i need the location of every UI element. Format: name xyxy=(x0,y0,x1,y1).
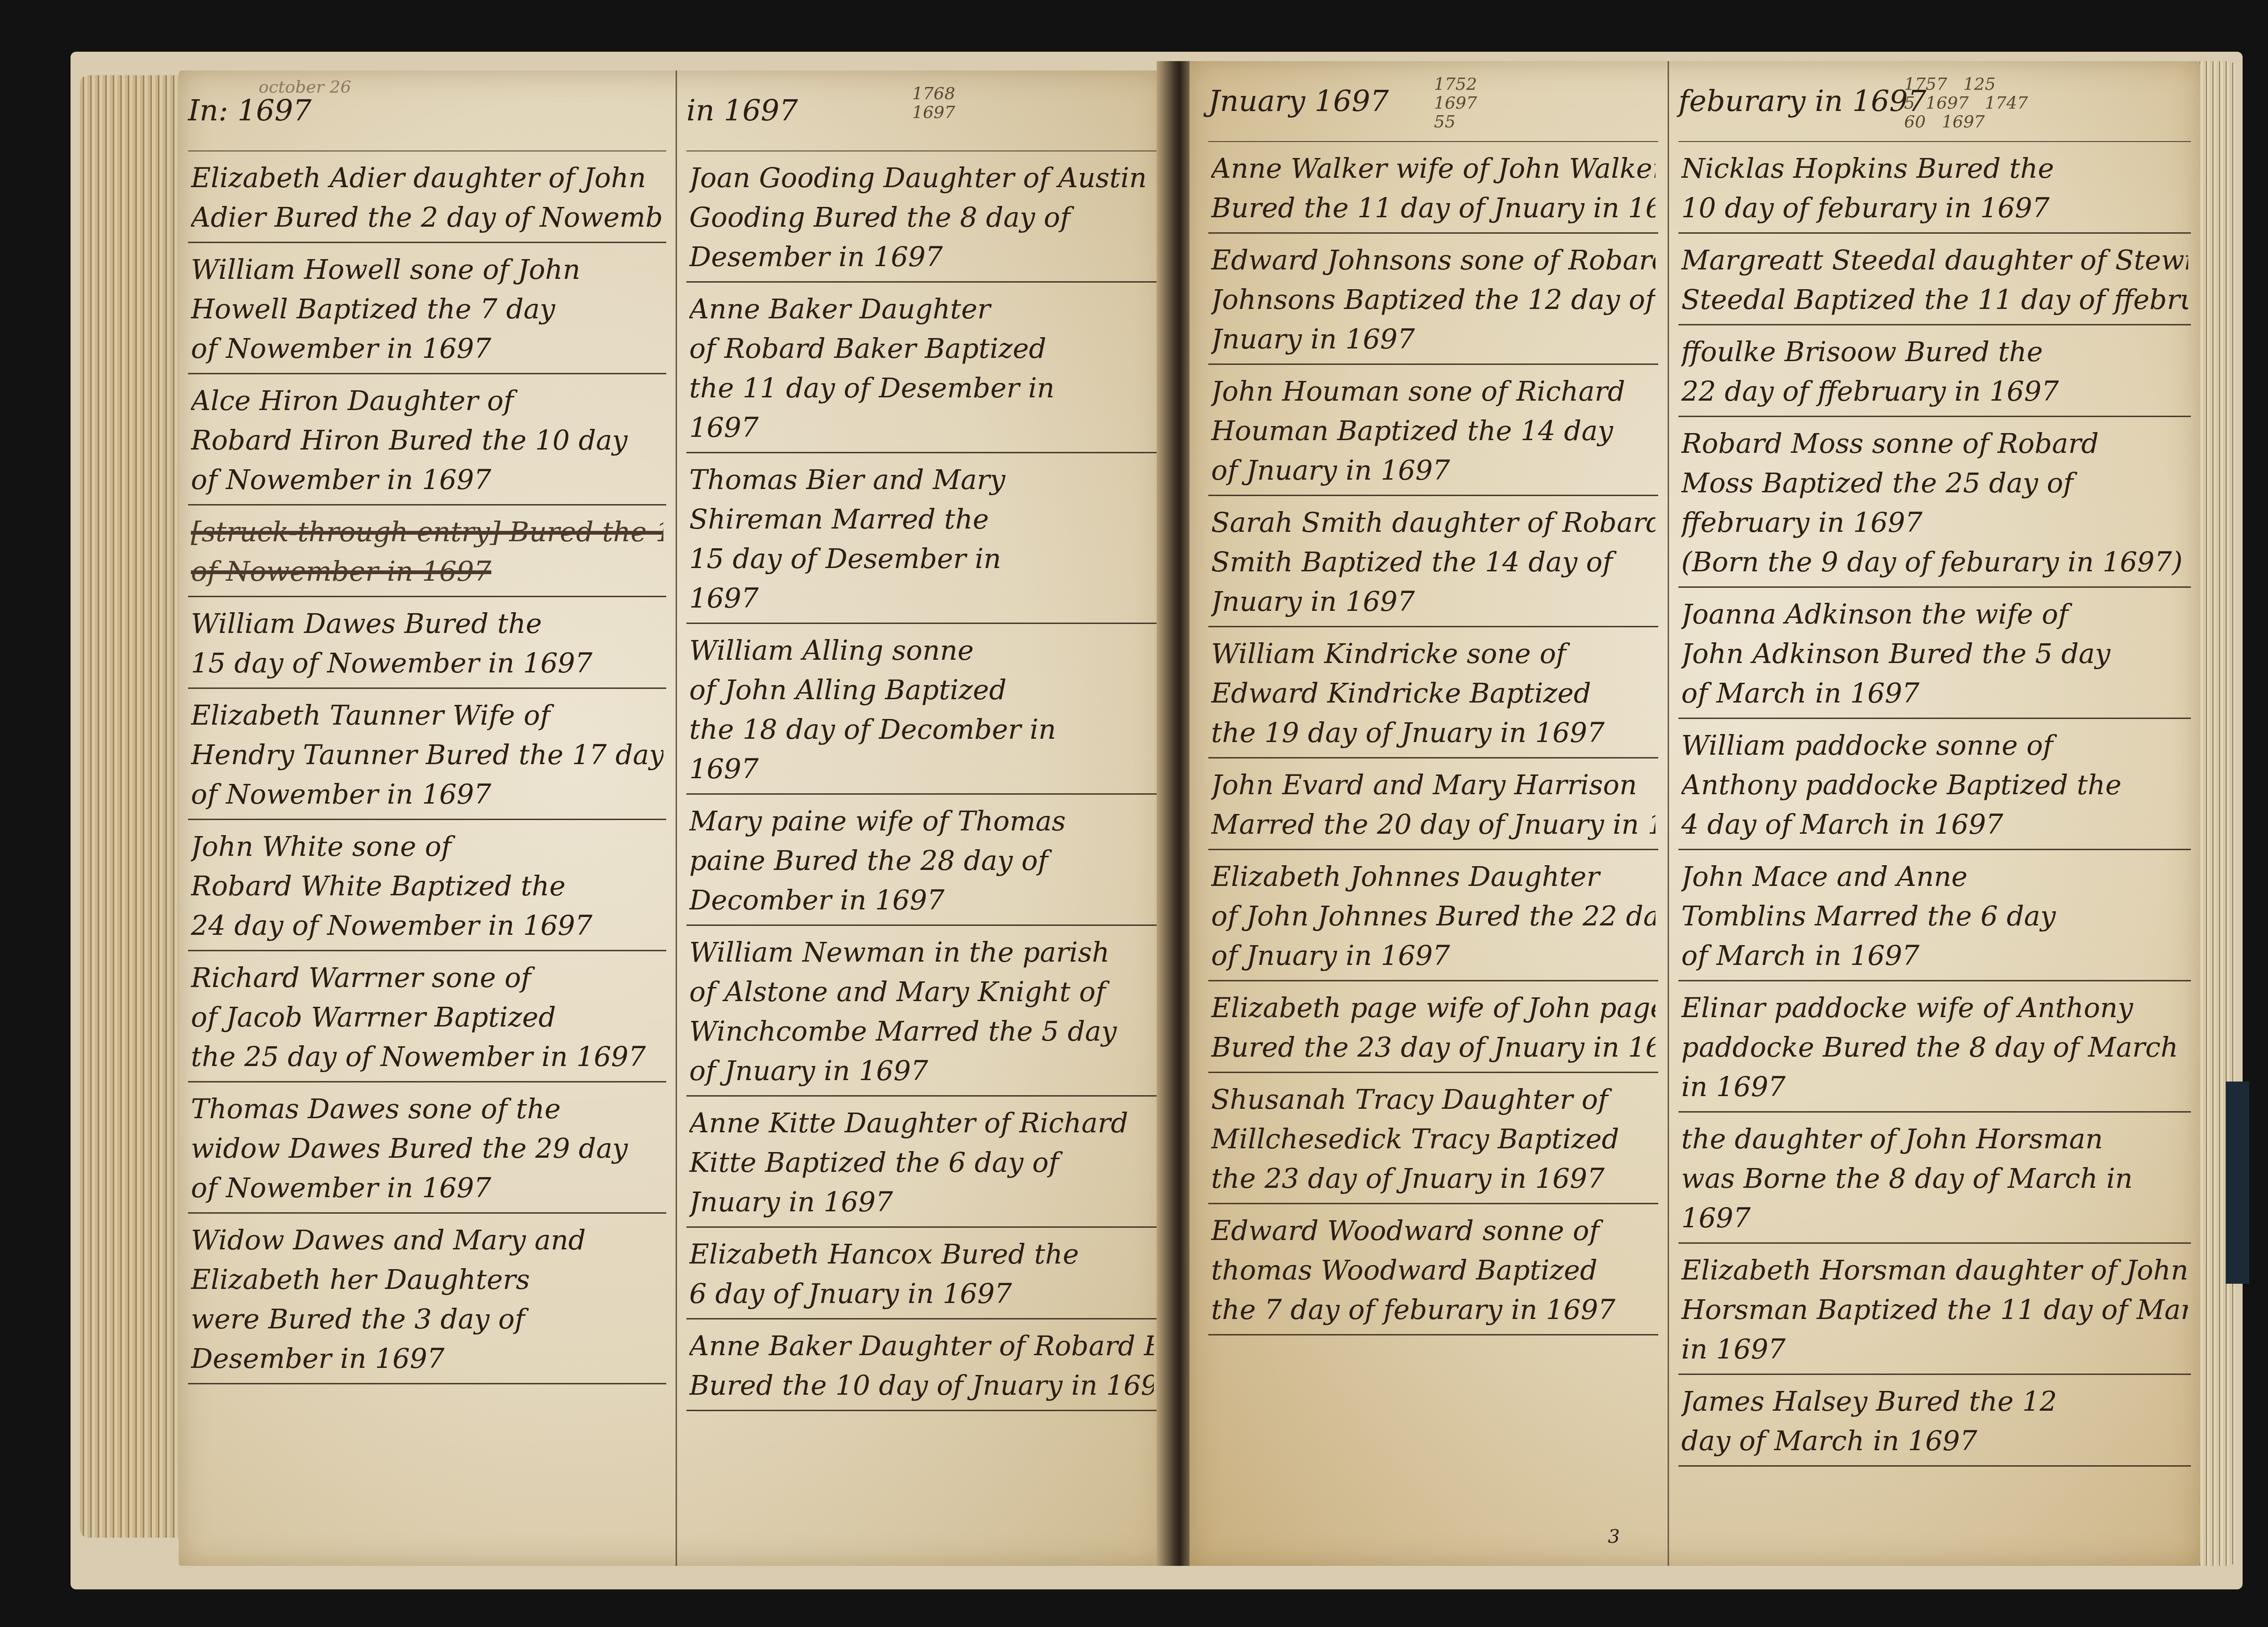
register-entry-marriage: William Newman in the parishof Alstone a… xyxy=(686,926,1157,1097)
entry-line: Edward Woodward sonne of xyxy=(1211,1211,1655,1250)
entry-line: of Nowember in 1697 xyxy=(191,774,663,814)
page-number: 3 xyxy=(1608,1526,1620,1548)
entry-line: Sarah Smith daughter of Robard xyxy=(1211,503,1655,542)
entry-line: John Houman sone of Richard xyxy=(1211,371,1655,411)
register-entry-burial: Elinar paddocke wife of Anthonypaddocke … xyxy=(1678,981,2191,1113)
entry-line: Houman Baptized the 14 day xyxy=(1211,411,1655,450)
register-entry-burial: Mary paine wife of Thomaspaine Bured the… xyxy=(686,795,1157,926)
entry-line: Gooding Bured the 8 day of xyxy=(689,197,1154,237)
entry-line: Joan Gooding Daughter of Austin xyxy=(689,158,1154,197)
register-entry-baptism: Anne Baker Daughterof Robard Baker Bapti… xyxy=(686,283,1157,453)
entry-line: in 1697 xyxy=(1681,1329,2188,1369)
entry-line: in 1697 xyxy=(1681,1067,2188,1106)
entry-line: Desember in 1697 xyxy=(689,237,1154,276)
entry-line: Robard White Baptized the xyxy=(191,866,663,906)
entry-line: Shireman Marred the xyxy=(689,499,1154,539)
entry-line: Kitte Baptized the 6 day of xyxy=(689,1143,1154,1182)
entry-line: 10 day of feburary in 1697 xyxy=(1681,188,2188,228)
entry-line: paddocke Bured the 8 day of March xyxy=(1681,1027,2188,1067)
column-header: feburary in 1697 1757 125 5 1697 1747 60… xyxy=(1678,61,2191,142)
entry-line: Elinar paddocke wife of Anthony xyxy=(1681,988,2188,1027)
entry-line: 1697 xyxy=(689,578,1154,618)
entry-line: 1697 xyxy=(689,749,1154,789)
book-tab-marker xyxy=(2226,1082,2249,1284)
entry-line: (Born the 9 day of feburary in 1697) xyxy=(1681,542,2188,582)
entry-line: William Alling sonne xyxy=(689,631,1154,670)
register-column-2: in 1697 1768 1697 Joan Gooding Daughter … xyxy=(677,71,1166,1566)
entry-line: Bured the 23 day of Jnuary in 1697 xyxy=(1211,1027,1655,1067)
register-entry-marriage: John Mace and AnneTomblins Marred the 6 … xyxy=(1678,850,2191,981)
register-column-3: Jnuary 1697 1752 1697 55 Anne Walker wif… xyxy=(1199,61,1669,1566)
entry-line: Thomas Bier and Mary xyxy=(689,460,1154,499)
entry-line: Anne Baker Daughter of Robard Baker xyxy=(689,1326,1154,1366)
entry-line: John Adkinson Bured the 5 day xyxy=(1681,634,2188,673)
entry-line: William Kindricke sone of xyxy=(1211,634,1655,673)
entry-line: 1697 xyxy=(1681,1198,2188,1238)
entry-line: 24 day of Nowember in 1697 xyxy=(191,906,663,945)
register-entry-baptism: William Kindricke sone ofEdward Kindrick… xyxy=(1208,627,1658,758)
entry-line: of Jnuary in 1697 xyxy=(1211,936,1655,975)
register-entry-baptism: Edward Woodward sonne ofthomas Woodward … xyxy=(1208,1204,1658,1335)
register-entry-baptism: William Alling sonneof John Alling Bapti… xyxy=(686,624,1157,795)
entry-line: of Nowember in 1697 xyxy=(191,329,663,368)
register-entry-burial: William Dawes Bured the15 day of Nowembe… xyxy=(188,597,666,689)
entry-line: Robard Moss sonne of Robard xyxy=(1681,424,2188,463)
entry-line: Steedal Baptized the 11 day of ffebruary… xyxy=(1681,280,2188,319)
entry-line: Richard Warrner sone of xyxy=(191,958,663,997)
register-entry-burial: Elizabeth page wife of John pageBured th… xyxy=(1208,981,1658,1073)
entry-line: thomas Woodward Baptized xyxy=(1211,1250,1655,1290)
entry-line: Smith Baptized the 14 day of xyxy=(1211,542,1655,582)
entry-line: the 11 day of Desember in xyxy=(689,368,1154,408)
entry-line: widow Dawes Bured the 29 day xyxy=(191,1129,663,1168)
entry-line: William Dawes Bured the xyxy=(191,604,663,643)
register-entry-burial: James Halsey Bured the 12day of March in… xyxy=(1678,1375,2191,1467)
register-entry-baptism: Sarah Smith daughter of RobardSmith Bapt… xyxy=(1208,496,1658,627)
entry-line: ffebruary in 1697 xyxy=(1681,503,2188,542)
register-entry-burial: ffoulke Brisoow Bured the22 day of ffebr… xyxy=(1678,325,2191,417)
entry-line: William Newman in the parish xyxy=(689,932,1154,972)
left-page: In: 1697 Elizabeth Adier daughter of Joh… xyxy=(179,71,1166,1566)
register-entry-baptism: Richard Warrner sone ofof Jacob Warrner … xyxy=(188,951,666,1082)
entry-line: were Bured the 3 day of xyxy=(191,1299,663,1339)
entry-line: the 23 day of Jnuary in 1697 xyxy=(1211,1159,1655,1198)
entry-line: Horsman Baptized the 11 day of March xyxy=(1681,1290,2188,1329)
entry-line: of Jacob Warrner Baptized xyxy=(191,997,663,1037)
register-entry-baptism: Robard Moss sonne of RobardMoss Baptized… xyxy=(1678,417,2191,588)
column-header-text: Jnuary 1697 xyxy=(1208,84,1389,118)
entry-line: the 7 day of feburary in 1697 xyxy=(1211,1290,1655,1329)
entry-line: Howell Baptized the 7 day xyxy=(191,289,663,329)
entry-line: 15 day of Desember in xyxy=(689,539,1154,578)
entry-line: of Alstone and Mary Knight of xyxy=(689,972,1154,1011)
entry-line: the 18 day of Decomber in xyxy=(689,710,1154,749)
entry-line: Desember in 1697 xyxy=(191,1339,663,1378)
entry-line: John Evard and Mary Harrison xyxy=(1211,765,1655,805)
register-entry-burial: Elizabeth Adier daughter of JohnAdier Bu… xyxy=(188,151,666,243)
entry-line: Winchcombe Marred the 5 day xyxy=(689,1011,1154,1051)
entry-line: was Borne the 8 day of March in xyxy=(1681,1159,2188,1198)
entry-line: 15 day of Nowember in 1697 xyxy=(191,643,663,683)
entry-line: Mary paine wife of Thomas xyxy=(689,801,1154,841)
entry-line: Jnuary in 1697 xyxy=(1211,582,1655,621)
register-entry-baptism: Elizabeth Horsman daughter of JohnHorsma… xyxy=(1678,1244,2191,1375)
entry-line: of Jnuary in 1697 xyxy=(689,1051,1154,1090)
register-entry-baptism: John Houman sone of RichardHouman Baptiz… xyxy=(1208,365,1658,496)
entry-line: Elizabeth Taunner Wife of xyxy=(191,695,663,735)
entry-line: Elizabeth page wife of John page xyxy=(1211,988,1655,1027)
entry-line: William paddocke sonne of xyxy=(1681,726,2188,765)
register-entries: Joan Gooding Daughter of AustinGooding B… xyxy=(686,151,1157,1411)
entry-line: Edward Johnsons sone of Robard xyxy=(1211,240,1655,280)
register-column-4: feburary in 1697 1757 125 5 1697 1747 60… xyxy=(1669,61,2200,1566)
entry-line: of Nowember in 1697 xyxy=(191,1168,663,1208)
register-entry-burial: Elizabeth Taunner Wife ofHendry Taunner … xyxy=(188,689,666,820)
register-entries: Nicklas Hopkins Bured the10 day of febur… xyxy=(1678,142,2191,1467)
entry-line: Decomber in 1697 xyxy=(689,880,1154,920)
entry-line: of John Johnnes Bured the 22 day xyxy=(1211,896,1655,936)
entry-line: Anne Baker Daughter xyxy=(689,289,1154,329)
entry-line: Jnuary in 1697 xyxy=(1211,319,1655,359)
register-entries: Anne Walker wife of John WalkerBured the… xyxy=(1208,142,1658,1335)
entry-line: 4 day of March in 1697 xyxy=(1681,805,2188,844)
register-entry-burial: Anne Walker wife of John WalkerBured the… xyxy=(1208,142,1658,234)
entry-line: Bured the 10 day of Jnuary in 1697 xyxy=(689,1366,1154,1405)
register-entry-marriage: Thomas Bier and MaryShireman Marred the1… xyxy=(686,453,1157,624)
entry-line: Adier Bured the 2 day of Nowember in xyxy=(191,197,663,237)
margin-calculation-note: 1752 1697 55 xyxy=(1434,75,1477,132)
margin-calculation-note: 1768 1697 xyxy=(912,85,955,122)
entry-line: Alce Hiron Daughter of xyxy=(191,381,663,420)
entry-line: Elizabeth Adier daughter of John xyxy=(191,158,663,197)
entry-line: Elizabeth Johnnes Daughter xyxy=(1211,857,1655,896)
entry-line: of March in 1697 xyxy=(1681,673,2188,713)
register-entry-burial: Joan Gooding Daughter of AustinGooding B… xyxy=(686,151,1157,283)
register-entry-baptism: William paddocke sonne ofAnthony paddock… xyxy=(1678,719,2191,850)
entry-line: Moss Baptized the 25 day of xyxy=(1681,463,2188,503)
register-entry-baptism: William Howell sone of JohnHowell Baptiz… xyxy=(188,243,666,374)
entry-line: Marred the 20 day of Jnuary in 1697 xyxy=(1211,805,1655,844)
entry-line: ffoulke Brisoow Bured the xyxy=(1681,332,2188,371)
entry-line: Widow Dawes and Mary and xyxy=(191,1220,663,1260)
entry-line: Joanna Adkinson the wife of xyxy=(1681,594,2188,634)
register-entry-baptism: Edward Johnsons sone of RobardJohnsons B… xyxy=(1208,234,1658,365)
entry-line: Nicklas Hopkins Bured the xyxy=(1681,149,2188,188)
entry-line: the daughter of John Horsman xyxy=(1681,1119,2188,1159)
entry-line: Shusanah Tracy Daughter of xyxy=(1211,1080,1655,1119)
entry-line: Margreatt Steedal daughter of Stewing xyxy=(1681,240,2188,280)
entry-line: William Howell sone of John xyxy=(191,250,663,289)
register-entry-baptism: John White sone ofRobard White Baptized … xyxy=(188,820,666,951)
entry-line: Anne Walker wife of John Walker xyxy=(1211,149,1655,188)
entry-line: Elizabeth Horsman daughter of John xyxy=(1681,1250,2188,1290)
entry-line: 22 day of ffebruary in 1697 xyxy=(1681,371,2188,411)
entry-line: of John Alling Baptized xyxy=(689,670,1154,710)
register-entry-marriage: John Evard and Mary HarrisonMarred the 2… xyxy=(1208,758,1658,850)
entry-line: of Nowember in 1697 xyxy=(191,460,663,499)
column-header-text: in 1697 xyxy=(686,93,798,127)
entry-line: John Mace and Anne xyxy=(1681,857,2188,896)
register-entry-burial: Joanna Adkinson the wife ofJohn Adkinson… xyxy=(1678,588,2191,719)
right-page: Jnuary 1697 1752 1697 55 Anne Walker wif… xyxy=(1189,61,2200,1566)
column-header-text: In: 1697 xyxy=(188,93,312,127)
register-entry-baptism: Margreatt Steedal daughter of StewingSte… xyxy=(1678,234,2191,325)
entry-line: Elizabeth Hancox Bured the xyxy=(689,1234,1154,1274)
top-margin-annotation: october 26 xyxy=(259,78,351,97)
entry-line: John White sone of xyxy=(191,827,663,866)
entry-line: Elizabeth her Daughters xyxy=(191,1260,663,1299)
entry-line: Millchesedick Tracy Baptized xyxy=(1211,1119,1655,1159)
register-entry-struck: [struck-through entry] Bured the 13of No… xyxy=(188,505,666,597)
register-entry-baptism: Anne Kitte Daughter of RichardKitte Bapt… xyxy=(686,1097,1157,1228)
entry-line: Bured the 11 day of Jnuary in 1697 xyxy=(1211,188,1655,228)
entry-line: Johnsons Baptized the 12 day of xyxy=(1211,280,1655,319)
entry-line: Edward Kindricke Baptized xyxy=(1211,673,1655,713)
register-entry-burial: Elizabeth Hancox Bured the6 day of Jnuar… xyxy=(686,1228,1157,1319)
register-entry-burial: Elizabeth Johnnes Daughterof John Johnne… xyxy=(1208,850,1658,981)
entry-line: [struck-through entry] Bured the 13 xyxy=(191,512,663,552)
entry-line: Tomblins Marred the 6 day xyxy=(1681,896,2188,936)
register-entry-burial: Widow Dawes and Mary andElizabeth her Da… xyxy=(188,1214,666,1384)
entry-line: of March in 1697 xyxy=(1681,936,2188,975)
register-entry-burial: Anne Baker Daughter of Robard BakerBured… xyxy=(686,1319,1157,1411)
margin-calculation-note: 1757 125 5 1697 1747 60 1697 xyxy=(1904,75,2028,132)
register-entry-baptism: Shusanah Tracy Daughter ofMillchesedick … xyxy=(1208,1073,1658,1204)
entry-line: of Robard Baker Baptized xyxy=(689,329,1154,368)
column-header-text: feburary in 1697 xyxy=(1678,84,1926,118)
entry-line: 6 day of Jnuary in 1697 xyxy=(689,1274,1154,1313)
column-header: Jnuary 1697 1752 1697 55 xyxy=(1208,61,1658,142)
entry-line: Hendry Taunner Bured the 17 day xyxy=(191,735,663,774)
page-block-left xyxy=(80,75,188,1538)
column-header: in 1697 1768 1697 xyxy=(686,71,1157,151)
entry-line: Thomas Dawes sone of the xyxy=(191,1089,663,1129)
register-entry-burial: Alce Hiron Daughter ofRobard Hiron Bured… xyxy=(188,374,666,505)
register-column-1: In: 1697 Elizabeth Adier daughter of Joh… xyxy=(179,71,677,1566)
entry-line: the 25 day of Nowember in 1697 xyxy=(191,1037,663,1076)
register-entry-birth: the daughter of John Horsmanwas Borne th… xyxy=(1678,1113,2191,1244)
entry-line: of Nowember in 1697 xyxy=(191,552,663,591)
entry-line: day of March in 1697 xyxy=(1681,1421,2188,1461)
entry-line: Anne Kitte Daughter of Richard xyxy=(689,1103,1154,1143)
entry-line: Anthony paddocke Baptized the xyxy=(1681,765,2188,805)
entry-line: of Jnuary in 1697 xyxy=(1211,450,1655,490)
register-entry-burial: Nicklas Hopkins Bured the10 day of febur… xyxy=(1678,142,2191,234)
entry-line: Robard Hiron Bured the 10 day xyxy=(191,420,663,460)
entry-line: paine Bured the 28 day of xyxy=(689,841,1154,880)
entry-line: Jnuary in 1697 xyxy=(689,1182,1154,1222)
entry-line: James Halsey Bured the 12 xyxy=(1681,1382,2188,1421)
register-entries: Elizabeth Adier daughter of JohnAdier Bu… xyxy=(188,151,666,1384)
register-entry-burial: Thomas Dawes sone of thewidow Dawes Bure… xyxy=(188,1082,666,1214)
entry-line: 1697 xyxy=(689,408,1154,447)
entry-line: the 19 day of Jnuary in 1697 xyxy=(1211,713,1655,752)
